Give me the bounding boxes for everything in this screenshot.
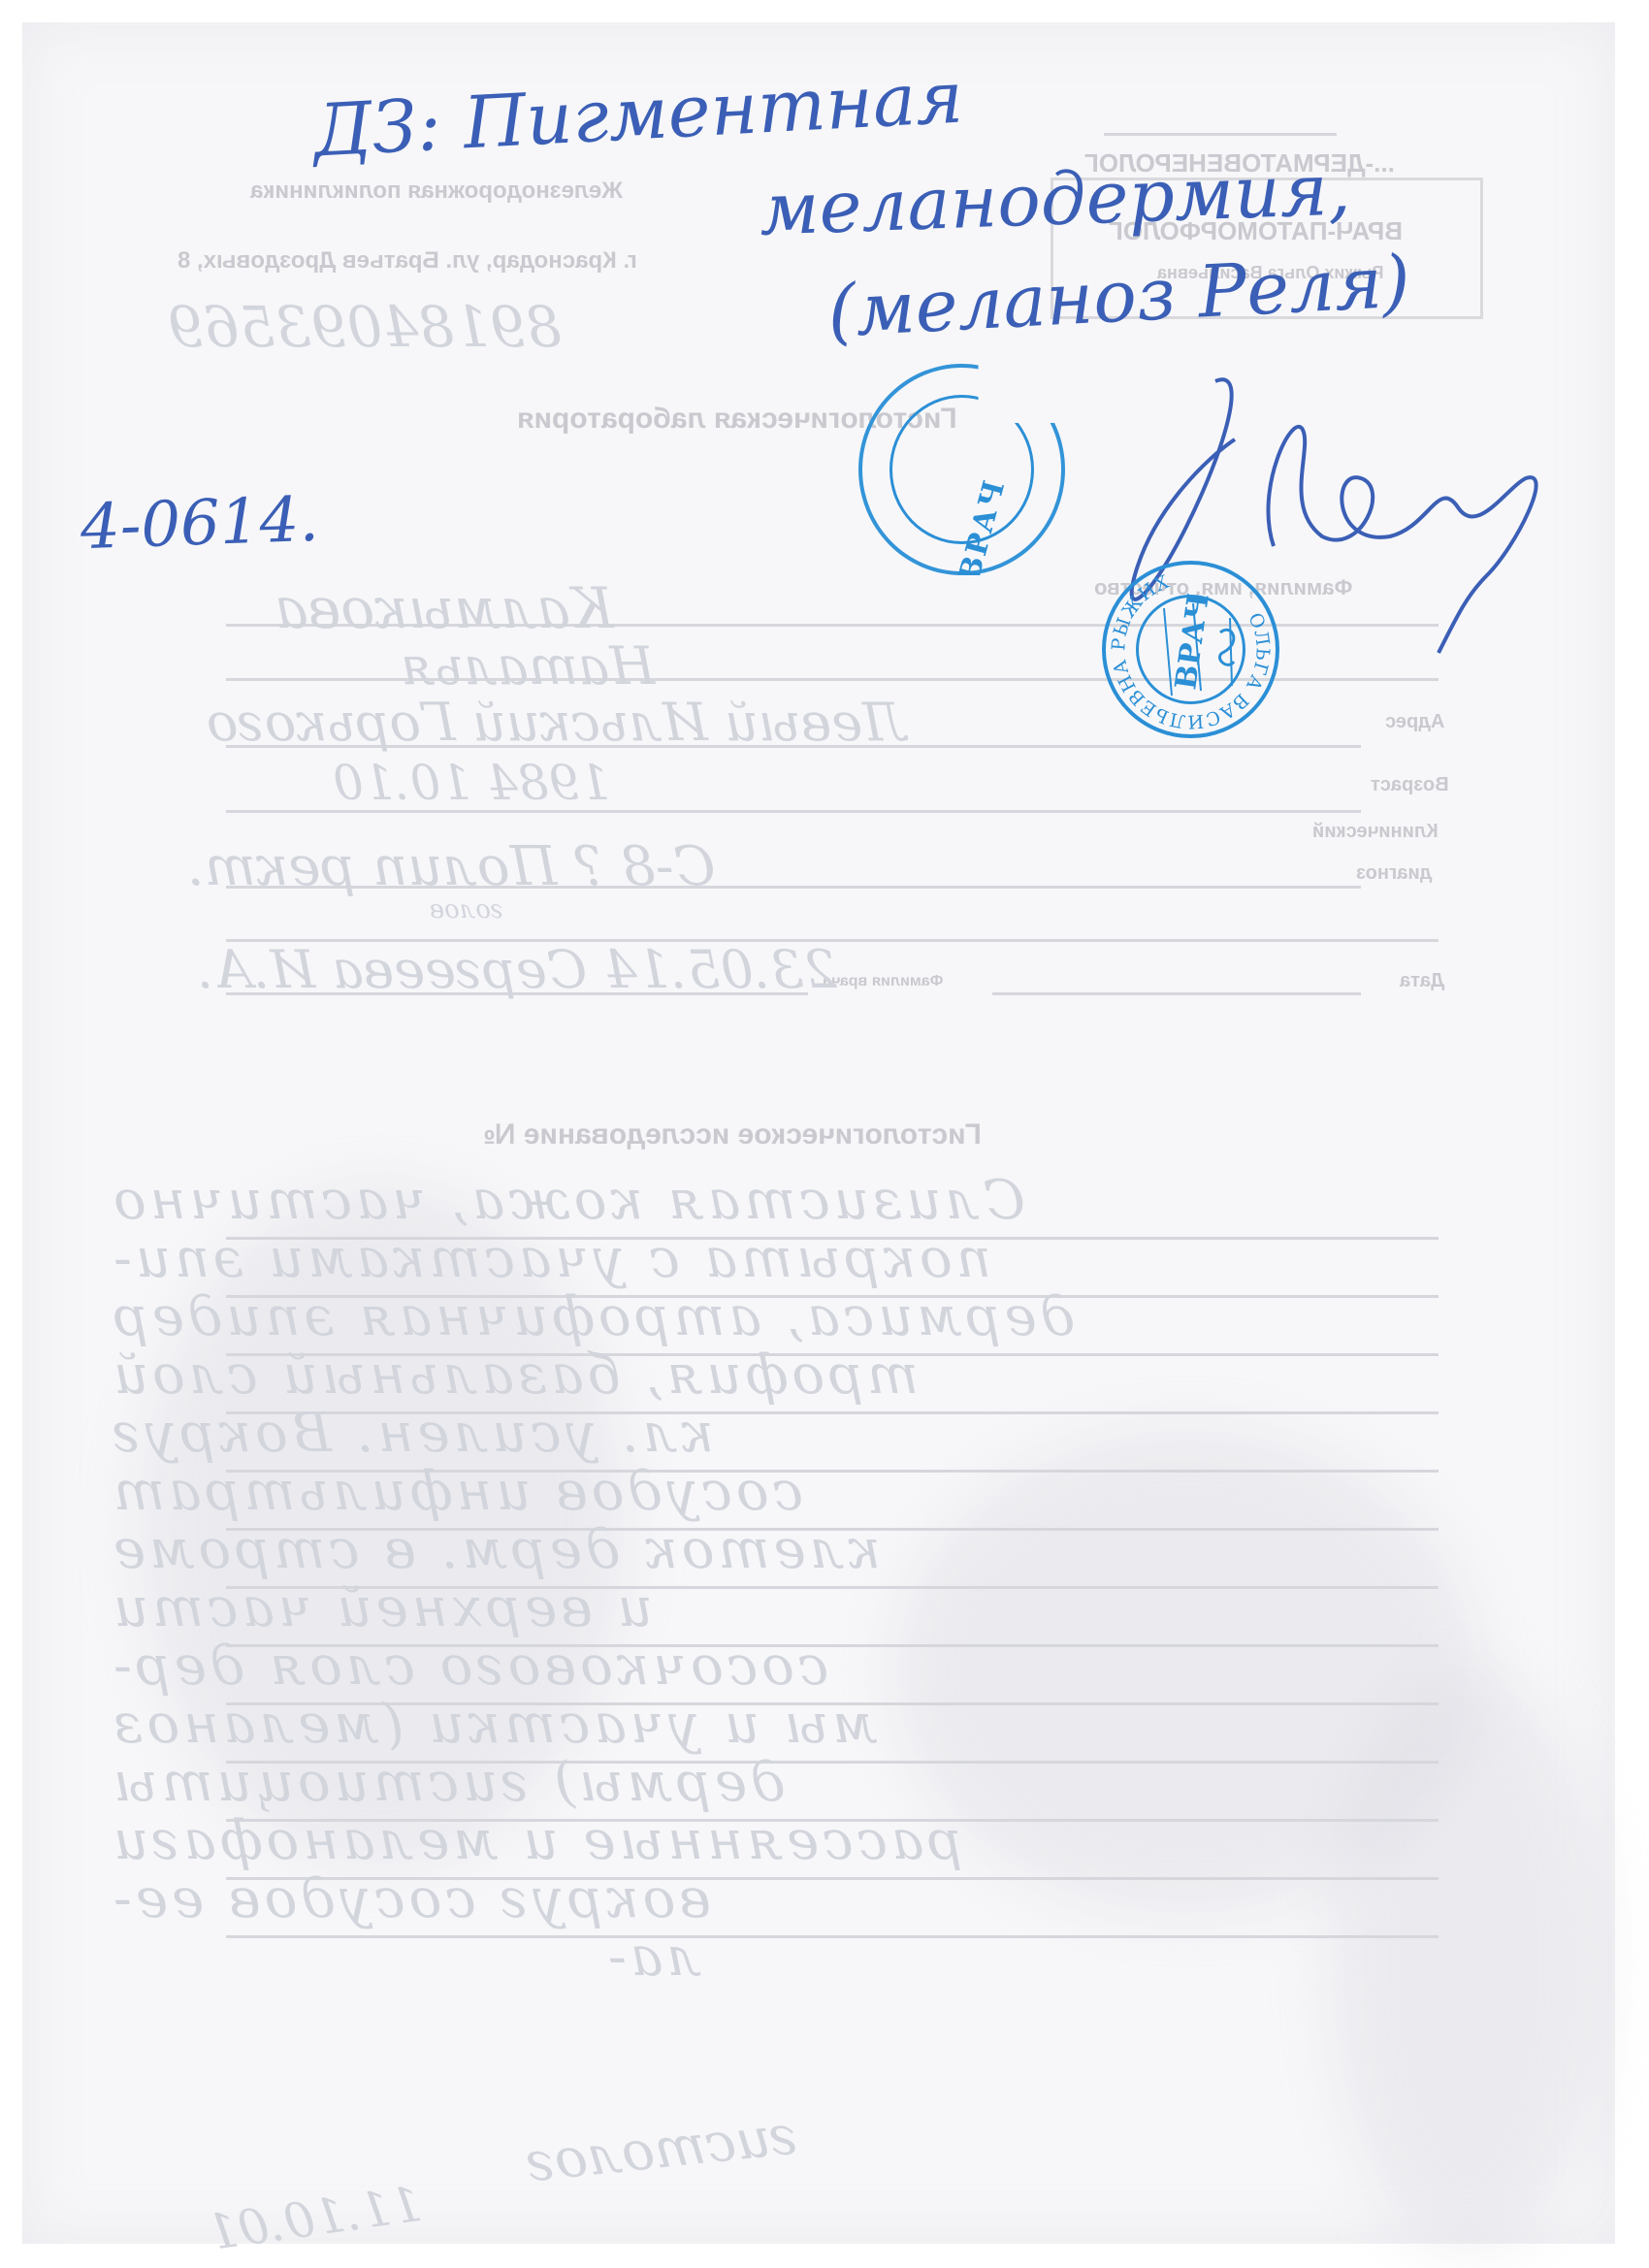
bleed-hand-line: 1984 10.10 — [333, 755, 610, 811]
bleed-body-line: дермиса, атрофичная эпидер — [110, 1285, 1075, 1348]
bleed-section-title: Гистологическое исследование № — [483, 1118, 982, 1151]
bleed-hand-line: Калмыкова — [275, 575, 614, 641]
bleed-body-line: кл. усилен. Вокруг — [110, 1402, 714, 1465]
bleed-body-line: покрыта с участками эпи- — [110, 1227, 991, 1290]
bleed-body-line: дермы) гистиоциты — [110, 1751, 786, 1814]
doctor-stamp-partial: ВРАЧ — [858, 364, 1065, 575]
bleed-field-age: Возраст — [1371, 774, 1449, 796]
bleed-hand-line: голов — [430, 895, 503, 924]
bleed-rule — [1104, 133, 1337, 136]
bleed-hand-line: C-8 ? Полип рект. — [187, 835, 716, 898]
bleed-phone: 89184093569 — [168, 294, 562, 360]
stamp-inner-ring — [889, 395, 1034, 544]
bleed-hand-line: 23.05.14 Сергеева И.А. — [197, 939, 837, 1000]
bleed-field-doctor: Фамилия врача — [823, 973, 943, 990]
bleed-clinic-name: Железнодорожная поликлиника — [250, 178, 623, 205]
bleed-body-line: и верхней части — [110, 1576, 653, 1639]
bleed-body-line: Слизистая кожа, частично — [110, 1169, 1025, 1232]
bleed-footer-date: 11.10.01 — [204, 2176, 426, 2261]
bleed-hand-line: Наталья — [401, 635, 655, 697]
bleed-field-address: Адрес — [1385, 711, 1444, 733]
diagnosis-line-1: ДЗ: Пигментная — [311, 56, 965, 174]
bleed-field-diagnosis: диагноз — [1356, 862, 1432, 885]
bleed-body-line: мы и участки (меланоз — [110, 1693, 878, 1756]
scan-shading — [1332, 1671, 1603, 2253]
svg-text:ВРАЧ: ВРАЧ — [1169, 591, 1216, 692]
document-page: Железнодорожная поликлиника г. Краснодар… — [22, 22, 1615, 2244]
bleed-body-line: рассеянные и меланофаги — [110, 1809, 962, 1872]
bleed-field-clinical: Клинический — [1312, 821, 1439, 843]
case-number: 4-0614. — [80, 484, 320, 565]
bleed-body-line: сосочкового слоя дер- — [110, 1635, 828, 1698]
bleed-body-line: ла- — [604, 1926, 701, 1989]
diagnosis-line-3: (меланоз Реля) — [825, 240, 1412, 353]
bleed-clinic-address: г. Краснодар, ул. Братьев Дроздовых, 8 — [178, 247, 637, 275]
doctor-stamp: ОЛЬГА ВАСИЛЬЕВНА РЫЖИХ ВРАЧ — [1102, 561, 1279, 738]
bleed-rule — [992, 992, 1361, 995]
bleed-body-line: клеток дерм. в строме — [110, 1518, 881, 1581]
bleed-footer-signature: гистолог — [524, 2104, 800, 2195]
bleed-rule — [226, 1935, 1439, 1938]
bleed-field-date: Дата — [1400, 970, 1444, 992]
bleed-hand-line: Левый Ильский Горького — [207, 692, 906, 753]
bleed-body-line: трофия, базальный слой — [110, 1344, 919, 1407]
stamp-ring-text: ОЛЬГА ВАСИЛЬЕВНА РЫЖИХ ВРАЧ — [1106, 565, 1276, 734]
bleed-body-line: сосудов инфильтрат — [110, 1460, 803, 1523]
bleed-body-line: вокруг сосудов ее- — [110, 1867, 711, 1930]
